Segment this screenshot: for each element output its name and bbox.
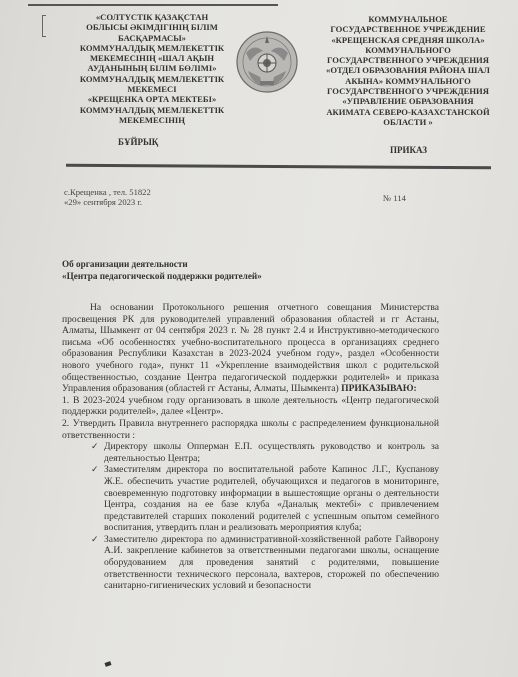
header-right-line: АКИМАТА СЕВЕРО-КАЗАХСТАНСКОЙ [308,107,508,117]
subject-line-1: Об организации деятельности [62,258,262,270]
header-right-line: ГОСУДАРСТВЕННОГО УЧРЕЖДЕНИЯ [308,86,508,96]
header-right-line: «КРЕЩЕНСКАЯ СРЕДНЯЯ ШКОЛА» [308,35,508,45]
header-right-line: ГОСУДАРСТВЕННОГО УЧРЕЖДЕНИЯ [308,55,508,65]
order-number: № 114 [383,193,406,203]
top-edge-rule [28,4,278,6]
order-body: На основании Протокольного решения отчет… [62,302,439,592]
state-emblem-icon [236,31,298,93]
checkmark-icon: ✓ [91,441,99,453]
subject-line-2: «Центра педагогической поддержки родител… [62,270,262,282]
header-left-line: АУДАНЫНЫҢ БІЛІМ БӨЛІМІ» [62,63,242,73]
ink-smudge [104,661,111,667]
preamble-text: На основании Протокольного решения отчет… [62,302,439,394]
header-divider [66,164,491,170]
header-right-line: АКЫНА» КОММУНАЛЬНОГО [308,76,508,86]
header-left-line: КОММУНАЛДЫҚ МЕМЛЕКЕТТІК [62,105,242,115]
checkmark-icon: ✓ [91,464,99,476]
binder-mark [42,15,46,37]
doc-type-kazakh: БҰЙРЫҚ [118,137,158,147]
header-right-line: «УПРАВЛЕНИЕ ОБРАЗОВАНИЯ [308,96,508,106]
header-left-line: БАСҚАРМАСЫ» [62,33,242,43]
header-left-line: КОММУНАЛДЫҚ МЕМЛЕКЕТТІК [62,43,242,53]
meta-location-date: с.Крещенка , тел. 51822 «29» сентября 20… [64,187,151,207]
responsibility-item: ✓ Заместителям директора по воспитательн… [104,464,439,534]
responsibility-text: Заместителям директора по воспитательной… [104,464,439,533]
header-right-line: КОММУНАЛЬНОГО [308,45,508,55]
header-left-line: МЕКЕМЕСІНІҢ [62,115,242,125]
header-right-line: ОБЛАСТИ » [308,117,508,127]
order-directive: ПРИКАЗЫВАЮ: [341,383,417,394]
order-item-2: 2. Утвердить Правила внутреннего распоря… [62,418,439,441]
responsibility-text: Заместителю директора по административно… [104,534,439,591]
responsibilities-list: ✓ Директору школы Опперман Е.П. осуществ… [62,441,439,592]
responsibility-text: Директору школы Опперман Е.П. осуществля… [104,441,439,464]
order-date: «29» сентября 2023 г. [64,197,151,207]
header-kazakh: «СОЛТҮСТІК ҚАЗАҚСТАН ОБЛЫСЫ ӘКІМДІГІНІҢ … [62,12,242,125]
header-russian: КОММУНАЛЬНОЕ ГОСУДАРСТВЕННОЕ УЧРЕЖДЕНИЕ … [308,14,508,127]
header-left-line: ОБЛЫСЫ ӘКІМДІГІНІҢ БІЛІМ [62,22,242,32]
checkmark-icon: ✓ [91,534,99,546]
order-subject: Об организации деятельности «Центра педа… [62,258,262,282]
header-left-line: МЕКЕМЕСІ [62,84,242,94]
header-right-line: ГОСУДАРСТВЕННОЕ УЧРЕЖДЕНИЕ [308,24,508,34]
header-right-line: КОММУНАЛЬНОЕ [308,14,508,24]
header-left-line: МЕКЕМЕСІНІҢ «ШАЛ АҚЫН [62,53,242,63]
header-right-line: «ОТДЕЛ ОБРАЗОВАНИЯ РАЙОНА ШАЛ [308,65,508,75]
header-left-line: «СОЛТҮСТІК ҚАЗАҚСТАН [62,12,242,22]
preamble-paragraph: На основании Протокольного решения отчет… [62,302,439,395]
location-phone: с.Крещенка , тел. 51822 [64,187,151,197]
responsibility-item: ✓ Директору школы Опперман Е.П. осуществ… [104,441,439,464]
doc-type-russian: ПРИКАЗ [390,145,427,155]
header-left-line: «КРЕЩЕНКА ОРТА МЕКТЕБІ» [62,94,242,104]
numbered-items: 1. В 2023-2024 учебном году организовать… [62,395,439,441]
order-item-1: 1. В 2023-2024 учебном году организовать… [62,395,439,418]
document-page: «СОЛТҮСТІК ҚАЗАҚСТАН ОБЛЫСЫ ӘКІМДІГІНІҢ … [0,0,518,677]
header-left-line: КОММУНАЛДЫҚ МЕМЛЕКЕТТІК [62,74,242,84]
responsibility-item: ✓ Заместителю директора по административ… [104,534,439,592]
